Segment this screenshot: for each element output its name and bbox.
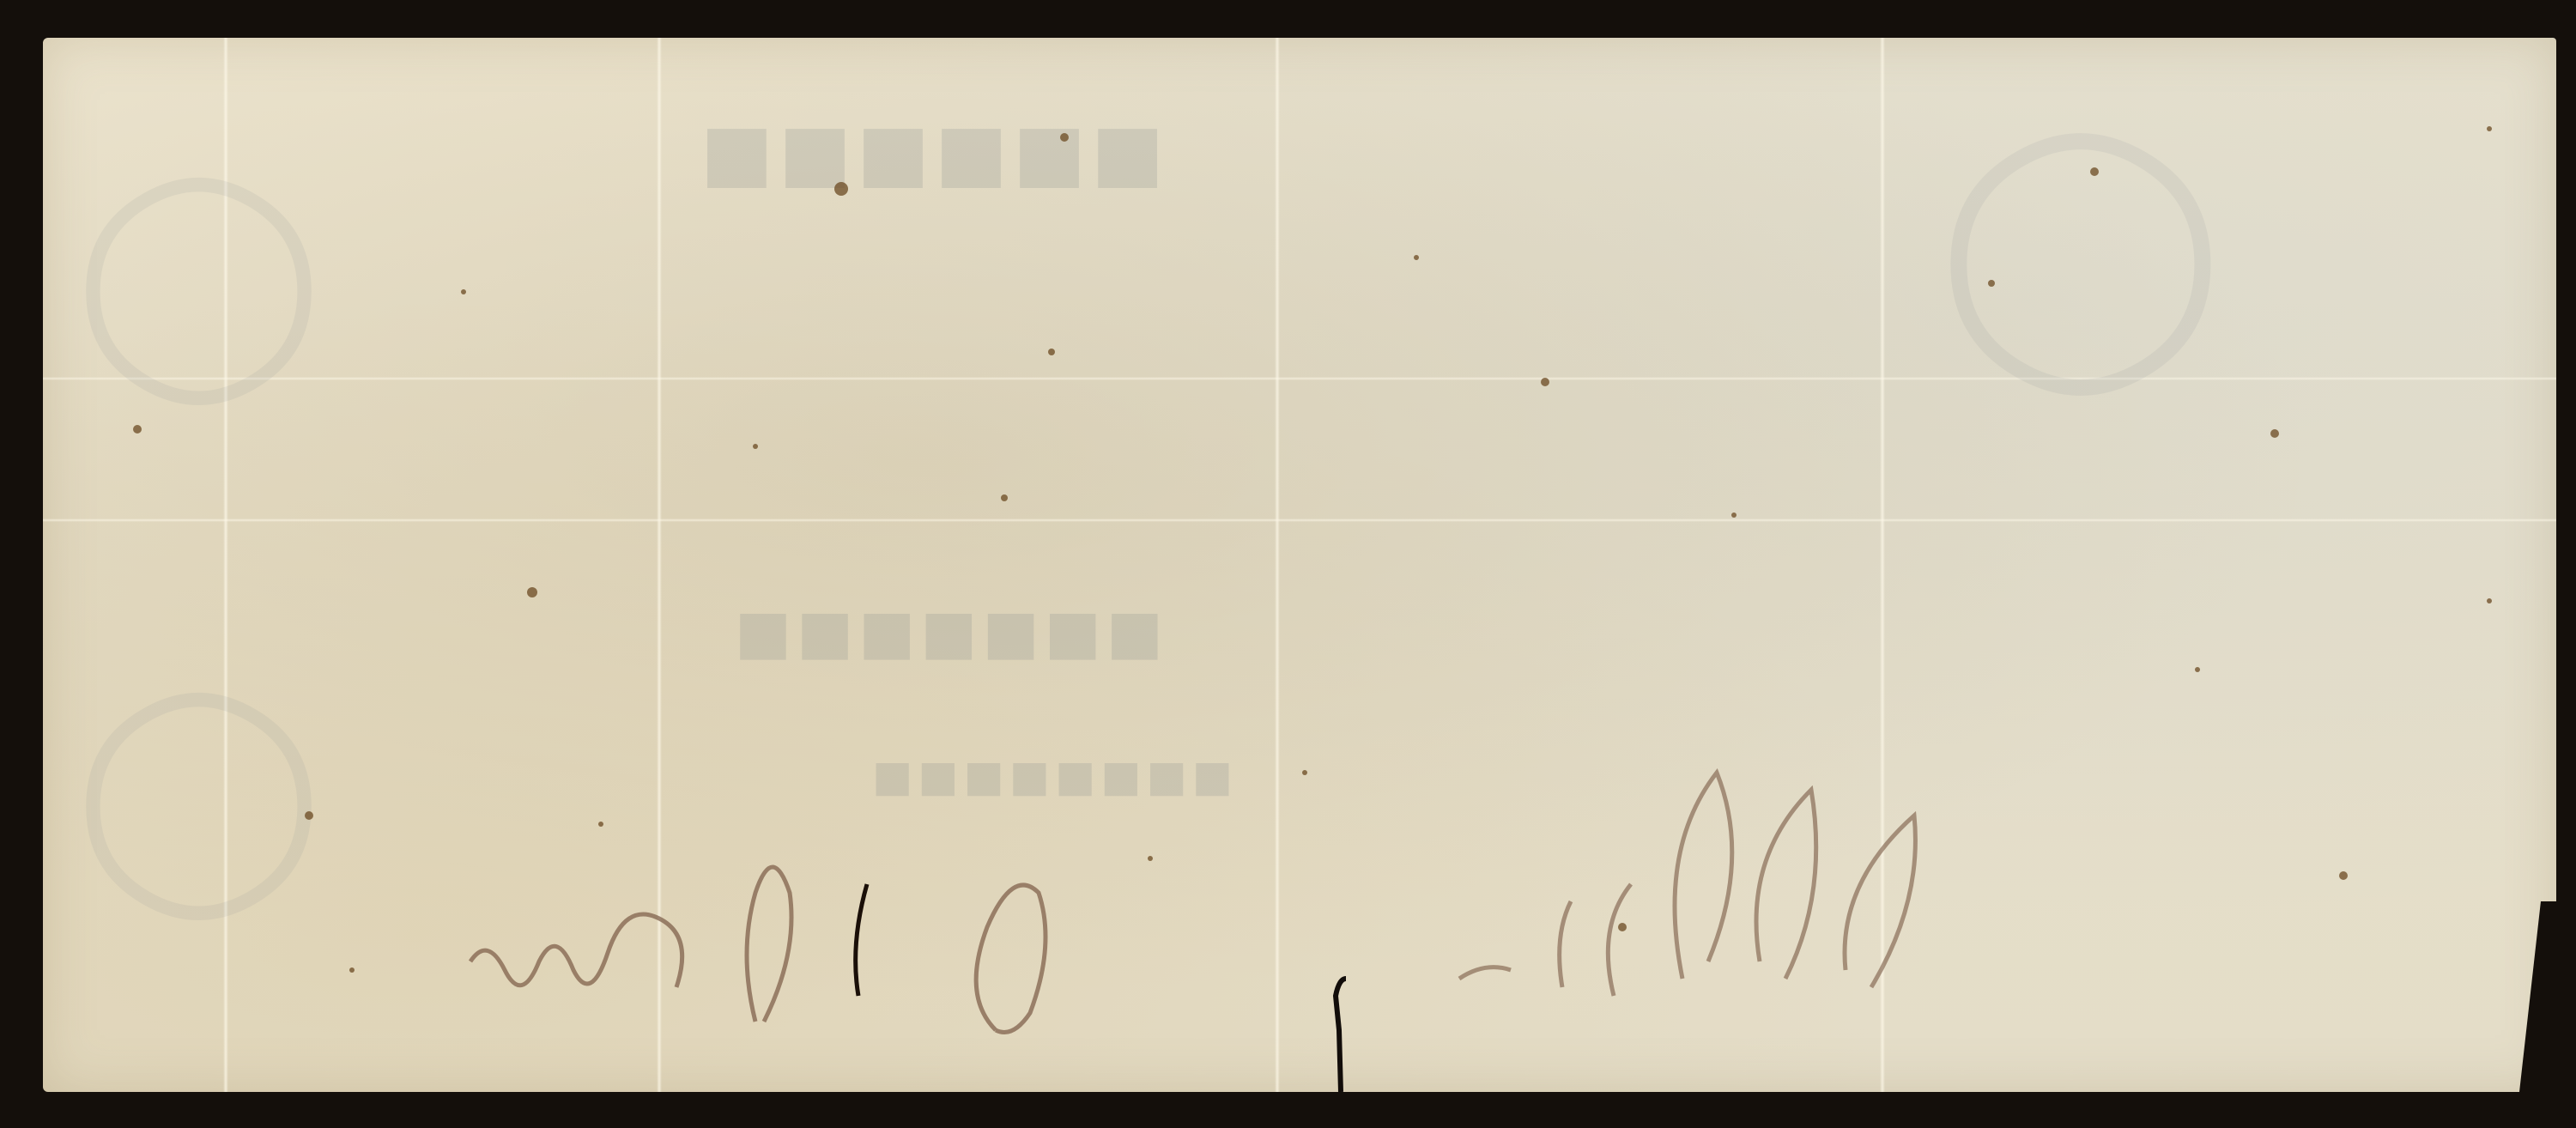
tear-mark <box>1336 979 1346 1092</box>
torn-corner <box>2519 901 2562 1092</box>
signature-left-dark-stroke <box>856 884 867 996</box>
foxing-spots <box>133 126 2492 973</box>
signature-left <box>470 867 1046 1033</box>
photo-stage: ■■■■■■ ■■■■■■■ ■■■■■■■■ ◯ ◯ ◯ <box>0 0 2576 1128</box>
overlay-ink-and-foxing <box>0 0 2576 1128</box>
signature-right <box>1459 773 1915 996</box>
